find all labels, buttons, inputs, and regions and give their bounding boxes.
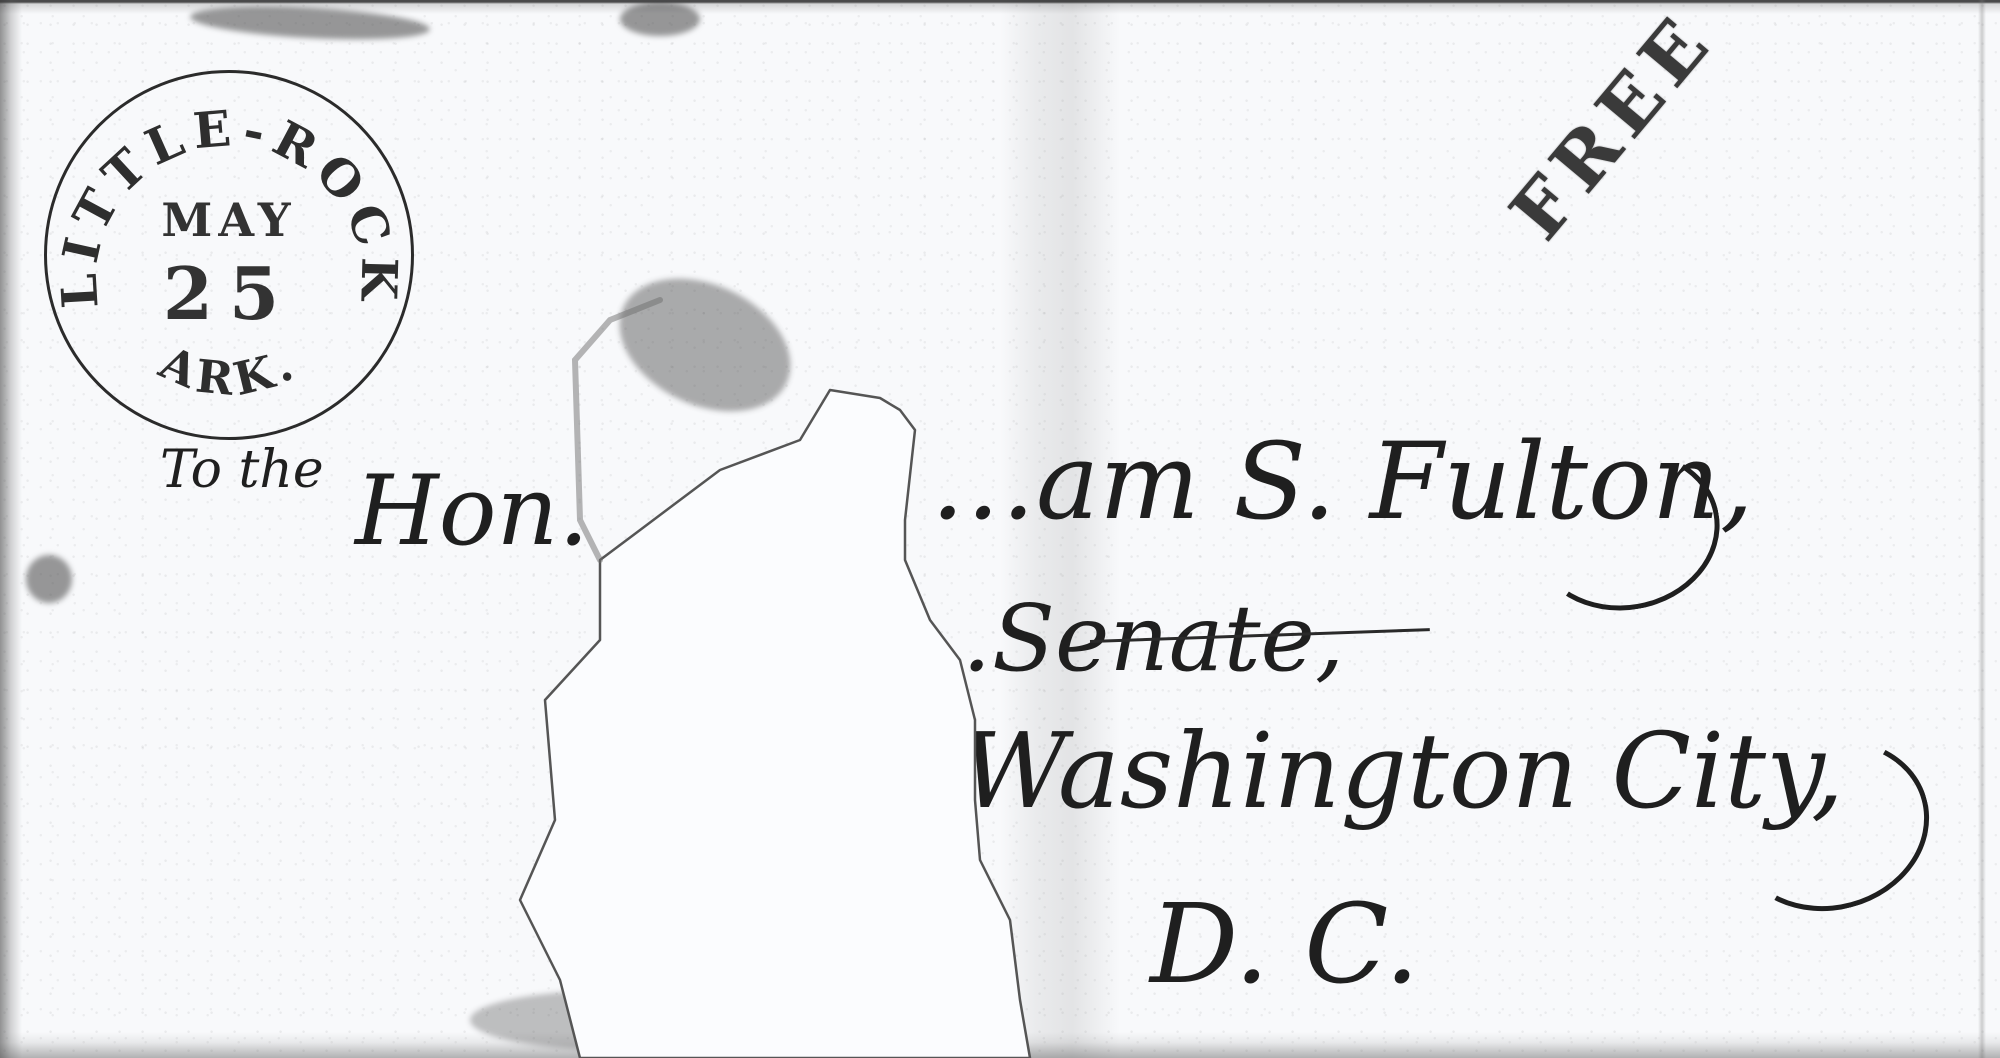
- postmark-day: 25: [47, 251, 411, 336]
- address-salutation: To the: [160, 440, 324, 500]
- stain-left-edge: [26, 555, 72, 603]
- left-edge-shadow: [0, 0, 22, 1058]
- envelope-cover: LITTLE-ROCK ARK. MAY 25 FREE To the Hon.…: [0, 0, 2000, 1058]
- stain-bottom-left: [470, 990, 770, 1050]
- free-handstamp: FREE: [1494, 0, 1731, 256]
- little-rock-postmark: LITTLE-ROCK ARK. MAY 25: [44, 70, 414, 440]
- bottom-edge-shadow: [0, 1032, 2000, 1058]
- postmark-month: MAY: [47, 193, 411, 247]
- address-city: Washington City,: [960, 710, 1844, 832]
- stain-top-middle: [620, 2, 700, 36]
- address-honorific: Hon.: [355, 455, 589, 567]
- stain-near-tear: [598, 253, 812, 438]
- address-state: D. C.: [1150, 880, 1419, 1008]
- svg-text:ARK.: ARK.: [151, 335, 306, 406]
- right-edge-shadow: [1978, 0, 1986, 1058]
